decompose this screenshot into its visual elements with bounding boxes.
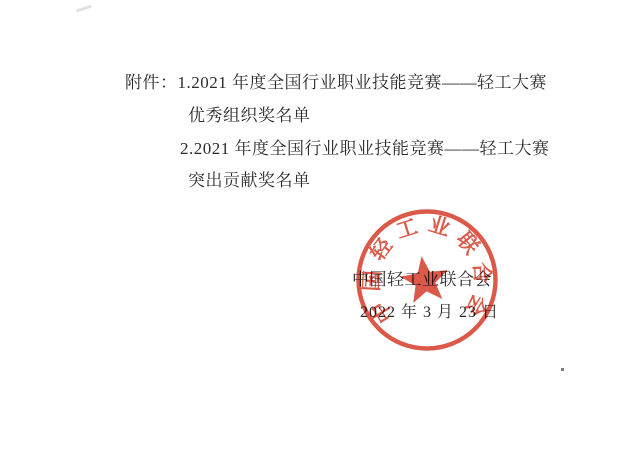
scan-artifact-speck — [561, 368, 564, 371]
document-page: 附件：1.2021 年度全国行业职业技能竞赛——轻工大赛 优秀组织奖名单 2.2… — [0, 0, 622, 470]
attachment-item-1-subtitle: 优秀组织奖名单 — [188, 105, 311, 127]
attachment-item-2-line: 2.2021 年度全国行业职业技能竞赛——轻工大赛 — [180, 138, 550, 160]
official-seal: 中国轻工业联合会 — [352, 205, 502, 355]
attachment-heading-line: 附件：1.2021 年度全国行业职业技能竞赛——轻工大赛 — [125, 72, 547, 94]
scan-artifact-mark — [76, 5, 92, 13]
attachment-item-2-subtitle: 突出贡献奖名单 — [188, 170, 311, 192]
star-icon — [398, 253, 451, 304]
